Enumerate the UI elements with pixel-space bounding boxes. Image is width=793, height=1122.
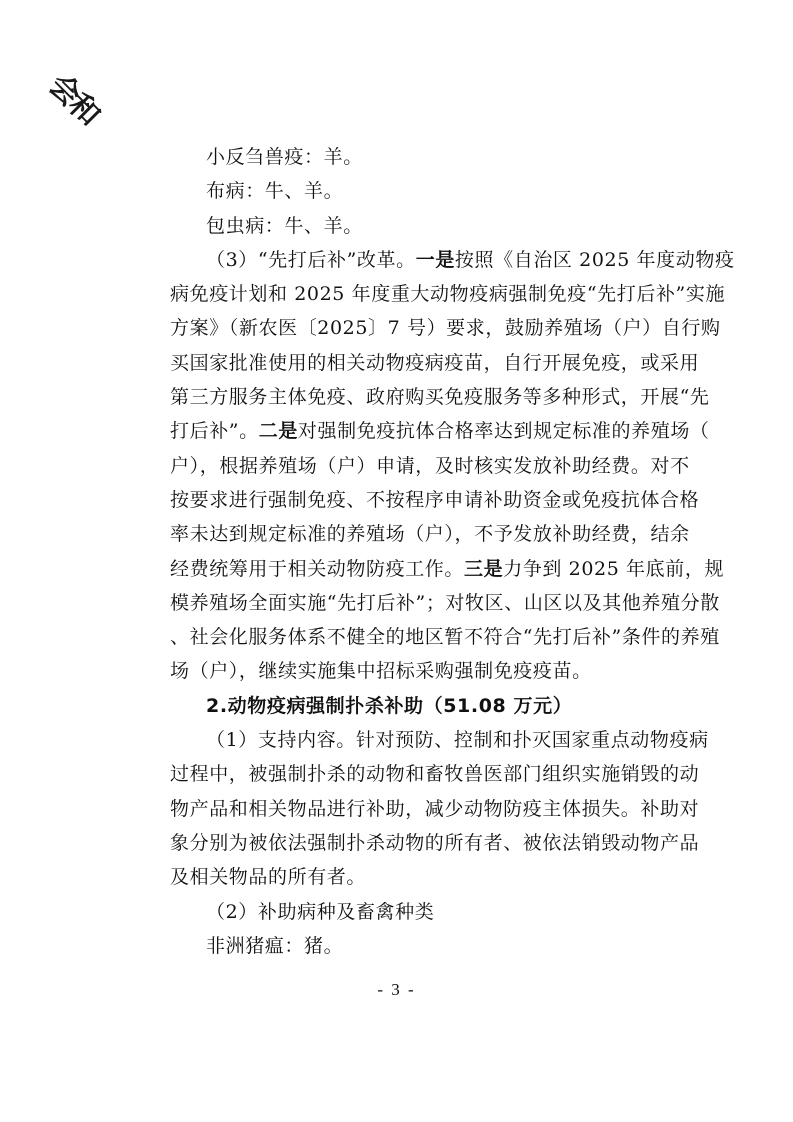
paragraph-line: 第三方服务主体免疫、政府购买免疫服务等多种形式，开展“先	[170, 380, 642, 414]
paragraph-line: 包虫病：牛、羊。	[170, 209, 642, 243]
paragraph-line: 模养殖场全面实施“先打后补”；对牧区、山区以及其他养殖分散	[170, 586, 642, 620]
emphasis-text: 二是	[259, 420, 298, 442]
paragraph-line: （1）支持内容。针对预防、控制和扑灭国家重点动物疫病	[170, 723, 642, 757]
paragraph-line: 打后补”。二是对强制免疫抗体合格率达到规定标准的养殖场（	[170, 414, 642, 448]
text-span: 按照《自治区 2025 年度动物疫	[455, 249, 735, 271]
text-span: 力争到 2025 年底前，规	[503, 558, 724, 580]
paragraph-line: 率未达到规定标准的养殖场（户），不予发放补助经费，结余	[170, 517, 642, 551]
paragraph-line: 病免疫计划和 2025 年度重大动物疫病强制免疫“先打后补”实施	[170, 277, 642, 311]
stamp-fragment: 会和	[41, 62, 112, 133]
subsection-title: （2）补助病种及畜禽种类	[170, 895, 642, 929]
paragraph-line: 按要求进行强制免疫、不按程序申请补助资金或免疫抗体合格	[170, 483, 642, 517]
text-span: 对强制免疫抗体合格率达到规定标准的养殖场（	[298, 420, 710, 442]
section-heading: 2.动物疫病强制扑杀补助（51.08 万元）	[170, 689, 642, 723]
paragraph-line: 方案》（新农医〔2025〕7 号）要求，鼓励养殖场（户）自行购	[170, 311, 642, 345]
document-body: 小反刍兽疫：羊。 布病：牛、羊。 包虫病：牛、羊。 （3）“先打后补”改革。一是…	[170, 140, 642, 963]
paragraph-line: 布病：牛、羊。	[170, 174, 642, 208]
paragraph-line: 买国家批准使用的相关动物疫病疫苗，自行开展免疫，或采用	[170, 346, 642, 380]
text-span: 打后补”。	[170, 420, 259, 442]
paragraph-line: 经费统筹用于相关动物防疫工作。三是力争到 2025 年底前，规	[170, 552, 642, 586]
emphasis-text: 一是	[416, 249, 455, 271]
paragraph-line: （3）“先打后补”改革。一是按照《自治区 2025 年度动物疫	[170, 243, 642, 277]
paragraph-line: 及相关物品的所有者。	[170, 860, 642, 894]
emphasis-text: 三是	[464, 558, 503, 580]
paragraph-line: 物产品和相关物品进行补助，减少动物防疫主体损失。补助对	[170, 792, 642, 826]
paragraph-line: 场（户），继续实施集中招标采购强制免疫疫苗。	[170, 654, 642, 688]
text-span: 经费统筹用于相关动物防疫工作。	[170, 558, 464, 580]
paragraph-line: 过程中，被强制扑杀的动物和畜牧兽医部门组织实施销毁的动	[170, 757, 642, 791]
page-number: - 3 -	[0, 980, 793, 1000]
paragraph-line: 象分别为被依法强制扑杀动物的所有者、被依法销毁动物产品	[170, 826, 642, 860]
paragraph-line: 非洲猪瘟：猪。	[170, 929, 642, 963]
paragraph-line: 小反刍兽疫：羊。	[170, 140, 642, 174]
text-span: （3）“先打后补”改革。	[206, 249, 416, 271]
paragraph-line: 、社会化服务体系不健全的地区暂不符合“先打后补”条件的养殖	[170, 620, 642, 654]
paragraph-line: 户），根据养殖场（户）申请，及时核实发放补助经费。对不	[170, 449, 642, 483]
